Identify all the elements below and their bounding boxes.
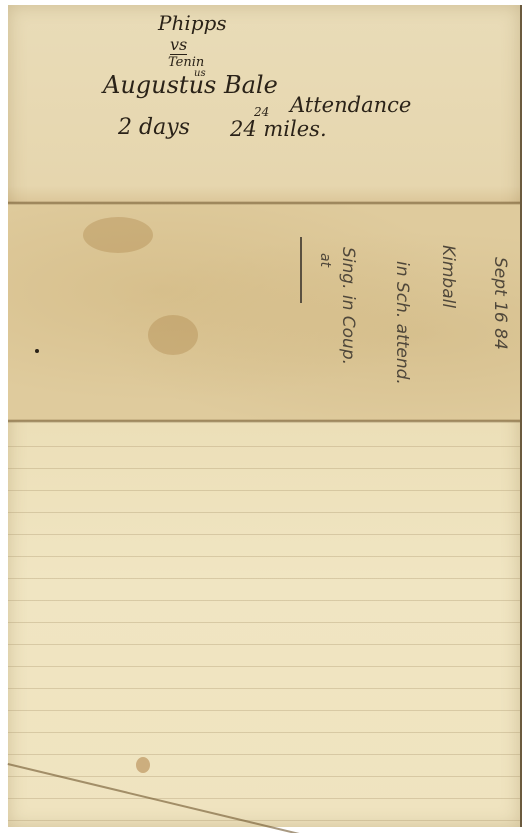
- pencil-bracket-line: [300, 237, 302, 303]
- days-text: 2 days: [118, 115, 190, 140]
- endorsement-line-2: Kimball: [438, 245, 458, 308]
- miles-text: 24 miles.: [230, 117, 327, 141]
- plaintiff-name: Phipps: [158, 11, 227, 35]
- stain: [148, 315, 198, 355]
- witness-name: Augustus Bale: [103, 71, 278, 99]
- endorsement-line-3: in Sch. attend.: [392, 261, 412, 385]
- endorsement-line-4: Sing. in Coup.: [338, 247, 358, 365]
- document-page: Phipps vs Tenin us Augustus Bale Attenda…: [8, 5, 522, 827]
- stain: [83, 217, 153, 253]
- fold-line-lower: [8, 419, 520, 423]
- fold-line-upper: [8, 201, 520, 205]
- ink-dot: [35, 349, 39, 353]
- ruled-lines: [8, 425, 520, 825]
- versus-label: vs: [170, 35, 187, 55]
- endorsement-line-5: at: [317, 253, 333, 267]
- endorsement-line-1: Sept 16 84: [490, 257, 510, 350]
- attendance-label: Attendance: [290, 93, 411, 117]
- stain: [136, 757, 150, 773]
